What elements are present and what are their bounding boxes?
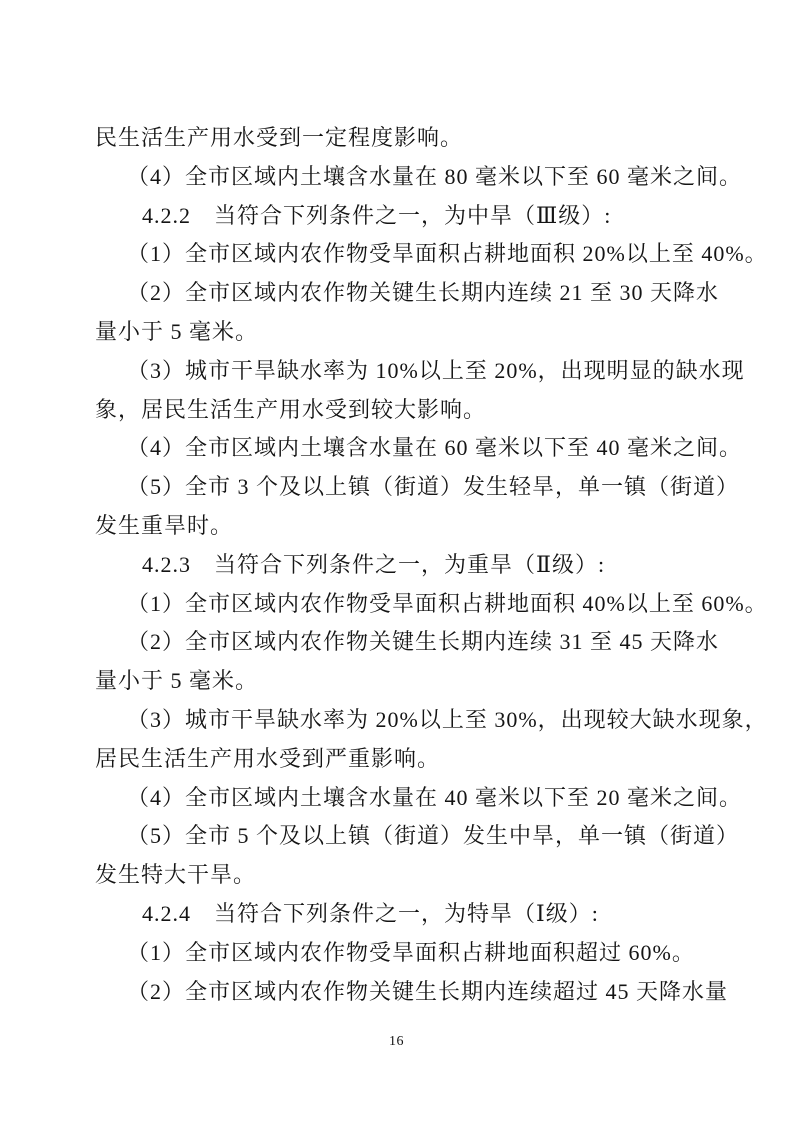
section-heading: 4.2.3 当符合下列条件之一，为重旱（Ⅱ级）: [95, 546, 707, 585]
paragraph-line: （1）全市区域内农作物受旱面积占耕地面积超过 60%。 [95, 934, 707, 973]
page-number: 16 [0, 1034, 793, 1050]
paragraph-line: 量小于 5 毫米。 [95, 662, 707, 701]
paragraph-line: （3）城市干旱缺水率为 10%以上至 20%，出现明显的缺水现 [95, 352, 707, 391]
paragraph-line: 象，居民生活生产用水受到较大影响。 [95, 391, 707, 430]
paragraph-line: 发生重旱时。 [95, 507, 707, 546]
paragraph-line: （4）全市区域内土壤含水量在 40 毫米以下至 20 毫米之间。 [95, 779, 707, 818]
paragraph-line: 发生特大干旱。 [95, 856, 707, 895]
paragraph-line: （4）全市区域内土壤含水量在 80 毫米以下至 60 毫米之间。 [95, 158, 707, 197]
document-page: 民生活生产用水受到一定程度影响。 （4）全市区域内土壤含水量在 80 毫米以下至… [0, 0, 793, 1122]
paragraph-line: 量小于 5 毫米。 [95, 313, 707, 352]
paragraph-line: （5）全市 5 个及以上镇（街道）发生中旱，单一镇（街道） [95, 817, 707, 856]
paragraph-line: （2）全市区域内农作物关键生长期内连续 21 至 30 天降水 [95, 274, 707, 313]
paragraph-line: （4）全市区域内土壤含水量在 60 毫米以下至 40 毫米之间。 [95, 429, 707, 468]
paragraph-line: （1）全市区域内农作物受旱面积占耕地面积 40%以上至 60%。 [95, 585, 707, 624]
document-body: 民生活生产用水受到一定程度影响。 （4）全市区域内土壤含水量在 80 毫米以下至… [95, 119, 707, 1011]
paragraph-line: （1）全市区域内农作物受旱面积占耕地面积 20%以上至 40%。 [95, 235, 707, 274]
paragraph-line: （2）全市区域内农作物关键生长期内连续超过 45 天降水量 [95, 973, 707, 1012]
paragraph-line: （3）城市干旱缺水率为 20%以上至 30%，出现较大缺水现象， [95, 701, 707, 740]
section-heading: 4.2.2 当符合下列条件之一，为中旱（Ⅲ级）: [95, 197, 707, 236]
paragraph-line: 居民生活生产用水受到严重影响。 [95, 740, 707, 779]
paragraph-line: （2）全市区域内农作物关键生长期内连续 31 至 45 天降水 [95, 623, 707, 662]
section-heading: 4.2.4 当符合下列条件之一，为特旱（Ⅰ级）: [95, 895, 707, 934]
paragraph-line: 民生活生产用水受到一定程度影响。 [95, 119, 707, 158]
paragraph-line: （5）全市 3 个及以上镇（街道）发生轻旱，单一镇（街道） [95, 468, 707, 507]
